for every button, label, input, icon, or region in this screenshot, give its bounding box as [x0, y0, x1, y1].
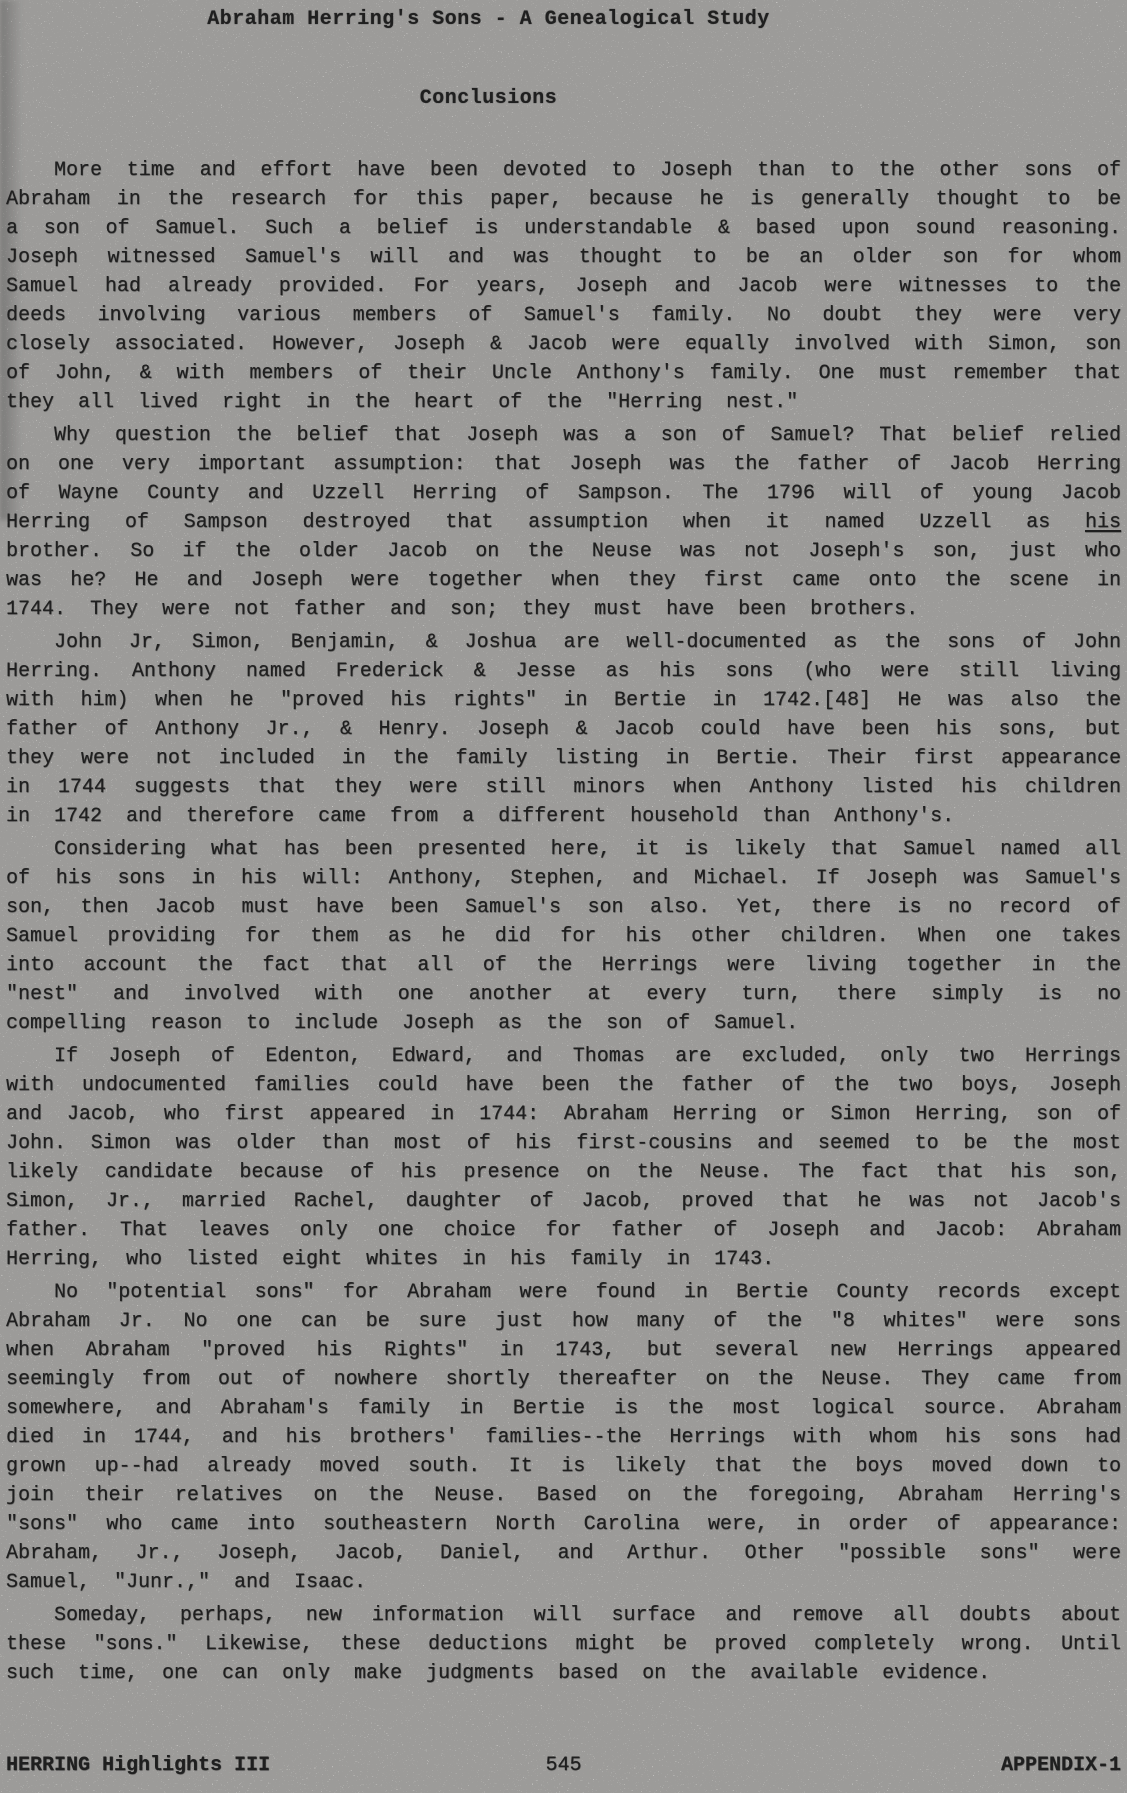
paragraph-1: More time and effort have been devoted t… [6, 156, 1121, 417]
page-number: 545 [546, 1754, 582, 1777]
footer-book-title: HERRING Highlights III [6, 1754, 546, 1777]
scanned-document-page: Abraham Herring's Sons - A Genealogical … [0, 0, 1127, 1793]
document-header: Abraham Herring's Sons - A Genealogical … [6, 8, 1121, 110]
page-footer: HERRING Highlights III 545 APPENDIX-1 [6, 1754, 1121, 1777]
underlined-word-his: his [1085, 511, 1121, 534]
paragraph-6: No "potential sons" for Abraham were fou… [6, 1278, 1121, 1597]
document-content: Abraham Herring's Sons - A Genealogical … [0, 0, 1127, 1688]
document-title: Abraham Herring's Sons - A Genealogical … [6, 8, 971, 31]
paragraph-2-text-after: brother. So if the older Jacob on the Ne… [6, 540, 1121, 621]
footer-appendix-label: APPENDIX-1 [582, 1754, 1122, 1777]
document-body: More time and effort have been devoted t… [6, 156, 1121, 1688]
paragraph-4: Considering what has been presented here… [6, 835, 1121, 1038]
paragraph-5: If Joseph of Edenton, Edward, and Thomas… [6, 1042, 1121, 1274]
section-heading: Conclusions [6, 87, 971, 110]
paragraph-3: John Jr, Simon, Benjamin, & Joshua are w… [6, 628, 1121, 831]
paragraph-2: Why question the belief that Joseph was … [6, 421, 1121, 624]
paragraph-2-text-before: Why question the belief that Joseph was … [6, 424, 1121, 534]
paragraph-7: Someday, perhaps, new information will s… [6, 1601, 1121, 1688]
